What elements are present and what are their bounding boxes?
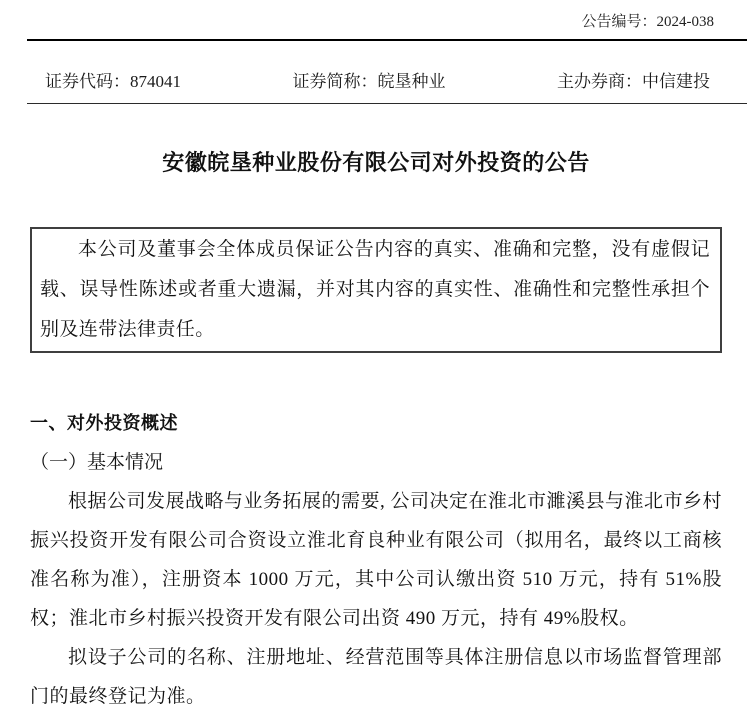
paragraph-registration-note: 拟设子公司的名称、注册地址、经营范围等具体注册信息以市场监督管理部门的最终登记为… — [30, 638, 722, 711]
stock-code-value: 874041 — [130, 72, 181, 91]
stock-short-name-label: 证券简称： — [293, 72, 378, 91]
stock-short-name: 证券简称：皖垦种业 — [293, 67, 446, 92]
announcement-document: 公告编号：2024-038 证券代码：874041 证券简称：皖垦种业 主办券商… — [0, 0, 752, 711]
section-heading-investment-overview: 一、对外投资概述 — [30, 404, 722, 443]
security-info-row: 证券代码：874041 证券简称：皖垦种业 主办券商：中信建投 — [0, 41, 752, 92]
sponsor-broker-value: 中信建投 — [642, 72, 710, 91]
disclaimer-text: 本公司及董事会全体成员保证公告内容的真实、准确和完整，没有虚假记载、误导性陈述或… — [40, 230, 710, 350]
disclaimer-box: 本公司及董事会全体成员保证公告内容的真实、准确和完整，没有虚假记载、误导性陈述或… — [30, 227, 722, 353]
sponsor-broker: 主办券商：中信建投 — [557, 67, 710, 92]
divider-header — [27, 103, 747, 104]
stock-code-label: 证券代码： — [45, 72, 130, 91]
stock-code: 证券代码：874041 — [45, 67, 181, 92]
stock-short-name-value: 皖垦种业 — [378, 72, 446, 91]
announcement-number: 公告编号：2024-038 — [0, 0, 752, 35]
sponsor-broker-label: 主办券商： — [557, 72, 642, 91]
paragraph-investment-details: 根据公司发展战略与业务拓展的需要, 公司决定在淮北市濉溪县与淮北市乡村振兴投资开… — [30, 482, 722, 638]
page-title: 安徽皖垦种业股份有限公司对外投资的公告 — [0, 146, 752, 177]
subsection-heading-basic-info: （一）基本情况 — [30, 443, 722, 482]
document-body: 一、对外投资概述 （一）基本情况 根据公司发展战略与业务拓展的需要, 公司决定在… — [0, 404, 752, 711]
